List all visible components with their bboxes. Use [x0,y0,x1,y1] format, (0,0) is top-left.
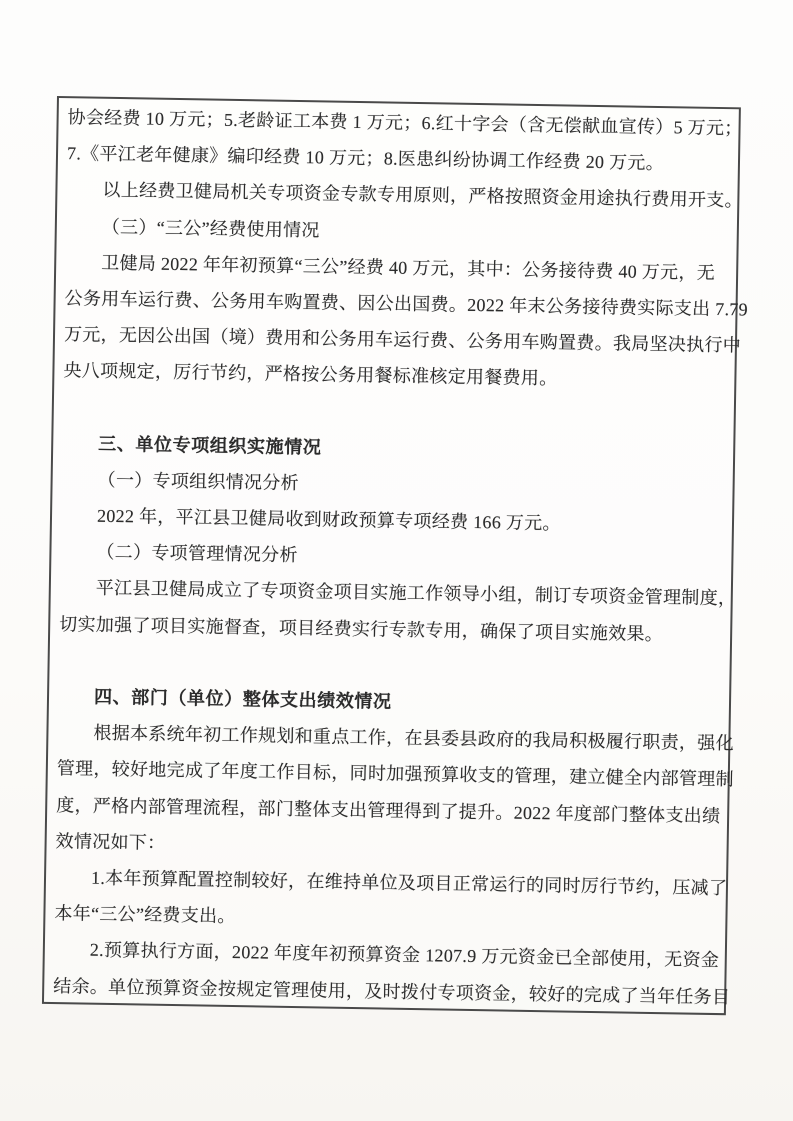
scanned-document-page: 协会经费 10 万元；5.老龄证工本费 1 万元；6.红十字会（含无偿献血宣传）… [0,0,793,1121]
document-lines: 协会经费 10 万元；5.老龄证工本费 1 万元；6.红十字会（含无偿献血宣传）… [53,99,735,1015]
content-border-box: 协会经费 10 万元；5.老龄证工本费 1 万元；6.红十字会（含无偿献血宣传）… [42,96,741,1015]
